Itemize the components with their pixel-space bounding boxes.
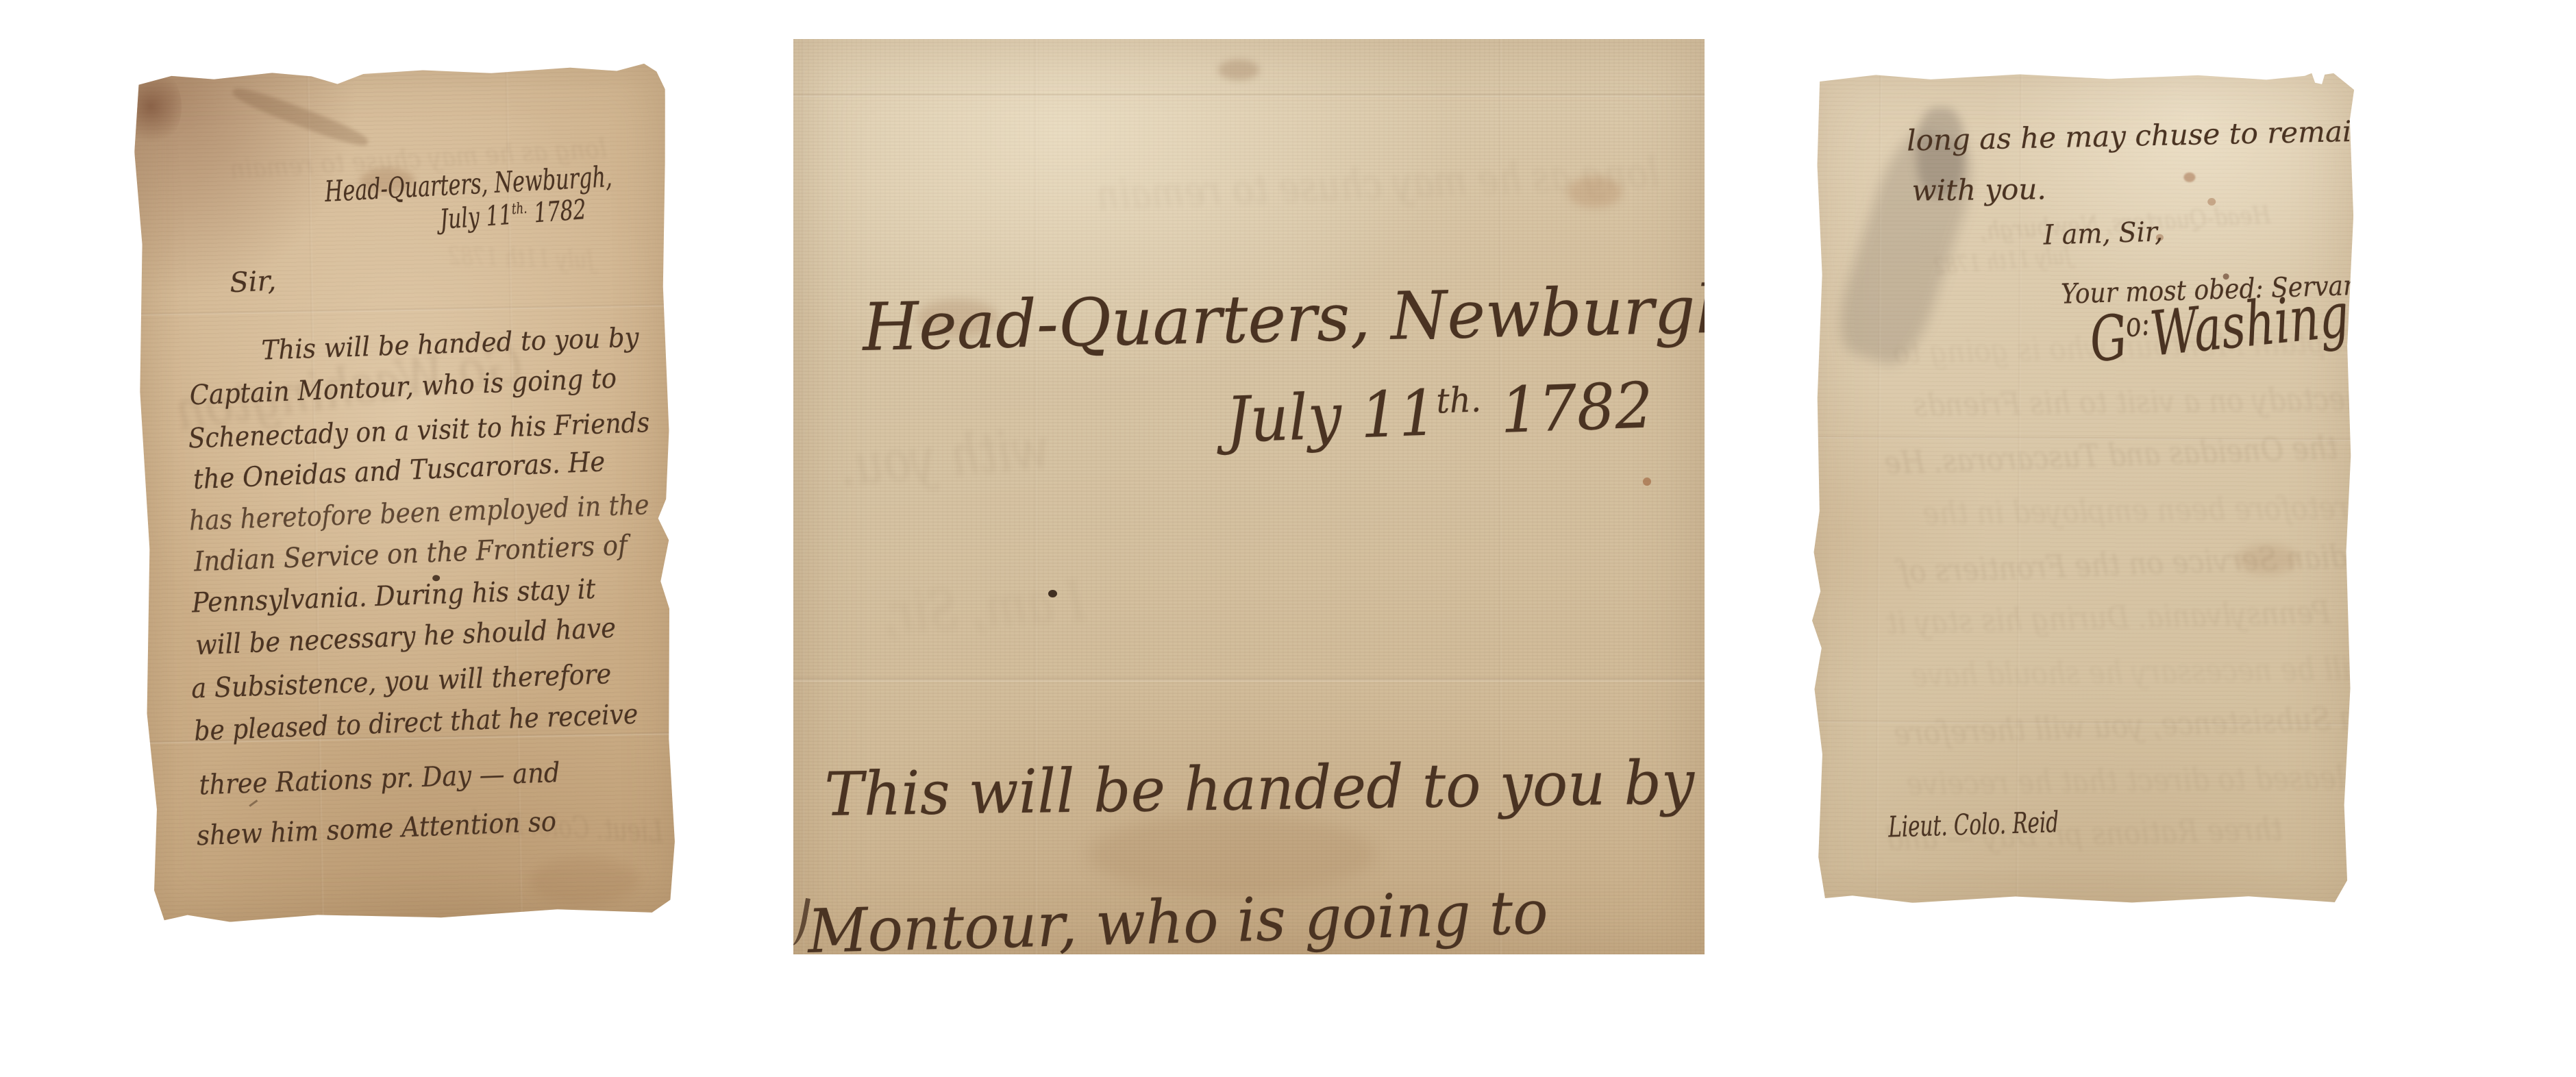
bleedthrough-line: I am, Sir, bbox=[882, 573, 1085, 641]
date-line: July 11th. 1782 bbox=[1225, 374, 1654, 452]
salutation: Sir, bbox=[229, 267, 277, 297]
bleedthrough-line: a Subsistence, you will therefore bbox=[1894, 702, 2355, 750]
docket-line: Lieut. Colo. Reid bbox=[1888, 808, 2059, 841]
date-year: 1782 bbox=[1499, 369, 1654, 447]
heading-line: Head-Quarters, Newburgh, bbox=[862, 276, 1705, 360]
stain bbox=[1568, 176, 1622, 208]
body-line: the Oneidas and Tuscaroras. He bbox=[193, 448, 606, 493]
stain bbox=[132, 65, 182, 149]
bleedthrough-line: Schenectady on a visit to his Friends bbox=[1913, 382, 2355, 421]
bleedthrough-line: has heretofore been employed in the bbox=[1922, 490, 2355, 529]
foxing-spot bbox=[2183, 173, 2195, 182]
stain bbox=[529, 856, 639, 906]
bleedthrough-line: will be necessary he should have bbox=[1911, 653, 2355, 691]
body-line: will be necessary he should have bbox=[195, 615, 616, 660]
body-line: with you. bbox=[1911, 175, 2046, 205]
body-line: Montour, who is going to bbox=[807, 882, 1549, 954]
fold-crease bbox=[802, 39, 804, 954]
body-line: three Rations pr. Day — and bbox=[199, 759, 560, 799]
fold-crease bbox=[136, 304, 670, 316]
bleedthrough-line: Pennsylvania. During his stay it bbox=[1886, 596, 2331, 639]
stain bbox=[1218, 60, 1259, 80]
fold-crease bbox=[793, 94, 1705, 97]
letter-photographs: long as he may chuse to remain July 11th… bbox=[0, 0, 2576, 1077]
letter-page-one-photo: long as he may chuse to remain July 11th… bbox=[132, 60, 681, 927]
body-line: be pleased to direct that he receive bbox=[194, 701, 639, 745]
body-line: shew him some Attention so bbox=[196, 808, 556, 850]
date-line: July 11th. 1782 bbox=[439, 196, 587, 234]
date-year: 1782 bbox=[533, 194, 587, 229]
body-line: Pennsylvania. During his stay it bbox=[191, 575, 596, 617]
insertion-caret bbox=[249, 800, 258, 807]
stain bbox=[1643, 478, 1651, 486]
date-day: July 11 bbox=[438, 199, 513, 236]
closing-line: I am, Sir, bbox=[2043, 219, 2163, 249]
stain bbox=[2236, 544, 2298, 574]
stain bbox=[230, 83, 371, 151]
body-line: Indian Service on the Frontiers of bbox=[193, 532, 628, 575]
date-ordinal: th. bbox=[511, 200, 528, 219]
date-ordinal: th. bbox=[1435, 379, 1482, 421]
letter-page-two-photo: Head-Quarters, Newburgh, July 11th 1782 … bbox=[1810, 69, 2355, 915]
date-day: July 11 bbox=[1225, 376, 1438, 457]
letter-heading-detail-photo: long as he may chuse to remain with you.… bbox=[793, 39, 1705, 954]
body-line: has heretofore been employed in the bbox=[188, 491, 649, 534]
bleedthrough-line: be pleased to direct that he receive bbox=[1906, 760, 2355, 800]
body-line: This will be handed to you by bbox=[261, 324, 639, 364]
body-line: a Subsistence, you will therefore bbox=[191, 660, 612, 702]
body-line: long as he may chuse to remain— bbox=[1907, 116, 2355, 156]
bleedthrough-line: with you. bbox=[839, 421, 1051, 495]
bleedthrough-line: July 11th 1782 bbox=[448, 245, 595, 273]
foxing-spot bbox=[2207, 198, 2216, 206]
fold-crease bbox=[793, 678, 1705, 682]
ink-speck bbox=[1048, 590, 1057, 597]
body-line: This will be handed to you by bbox=[824, 752, 1695, 825]
